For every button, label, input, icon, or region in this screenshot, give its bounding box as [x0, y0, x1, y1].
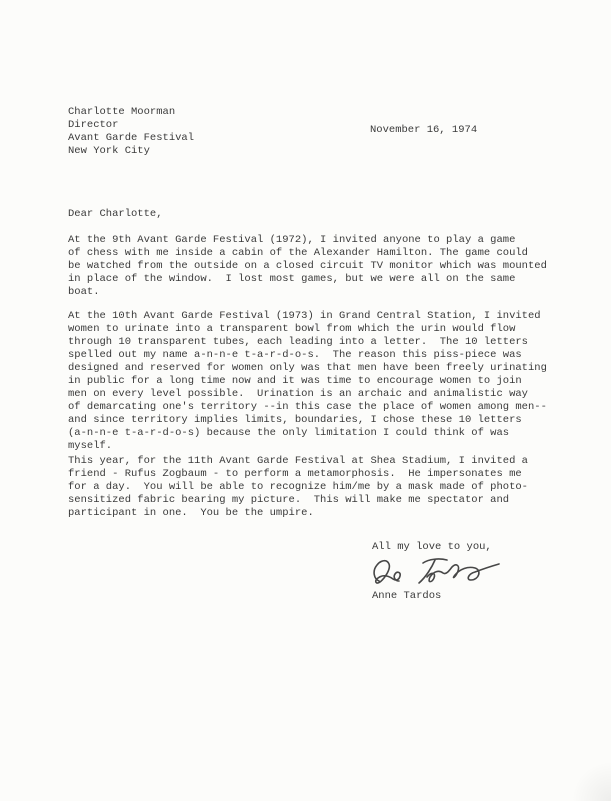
letter-page: Charlotte Moorman Director Avant Garde F…	[0, 0, 611, 801]
salutation: Dear Charlotte,	[68, 208, 163, 221]
typed-signature-name: Anne Tardos	[372, 590, 441, 603]
scan-corner-shadow	[571, 761, 611, 801]
paragraph-2: At the 10th Avant Garde Festival (1973) …	[68, 310, 568, 453]
closing-line: All my love to you,	[372, 541, 492, 554]
letter-date: November 16, 1974	[370, 124, 477, 137]
recipient-address-block: Charlotte Moorman Director Avant Garde F…	[68, 106, 194, 158]
signature-scribble-icon	[371, 555, 505, 591]
paragraph-3: This year, for the 11th Avant Garde Fest…	[68, 455, 568, 520]
paragraph-1: At the 9th Avant Garde Festival (1972), …	[68, 234, 568, 299]
